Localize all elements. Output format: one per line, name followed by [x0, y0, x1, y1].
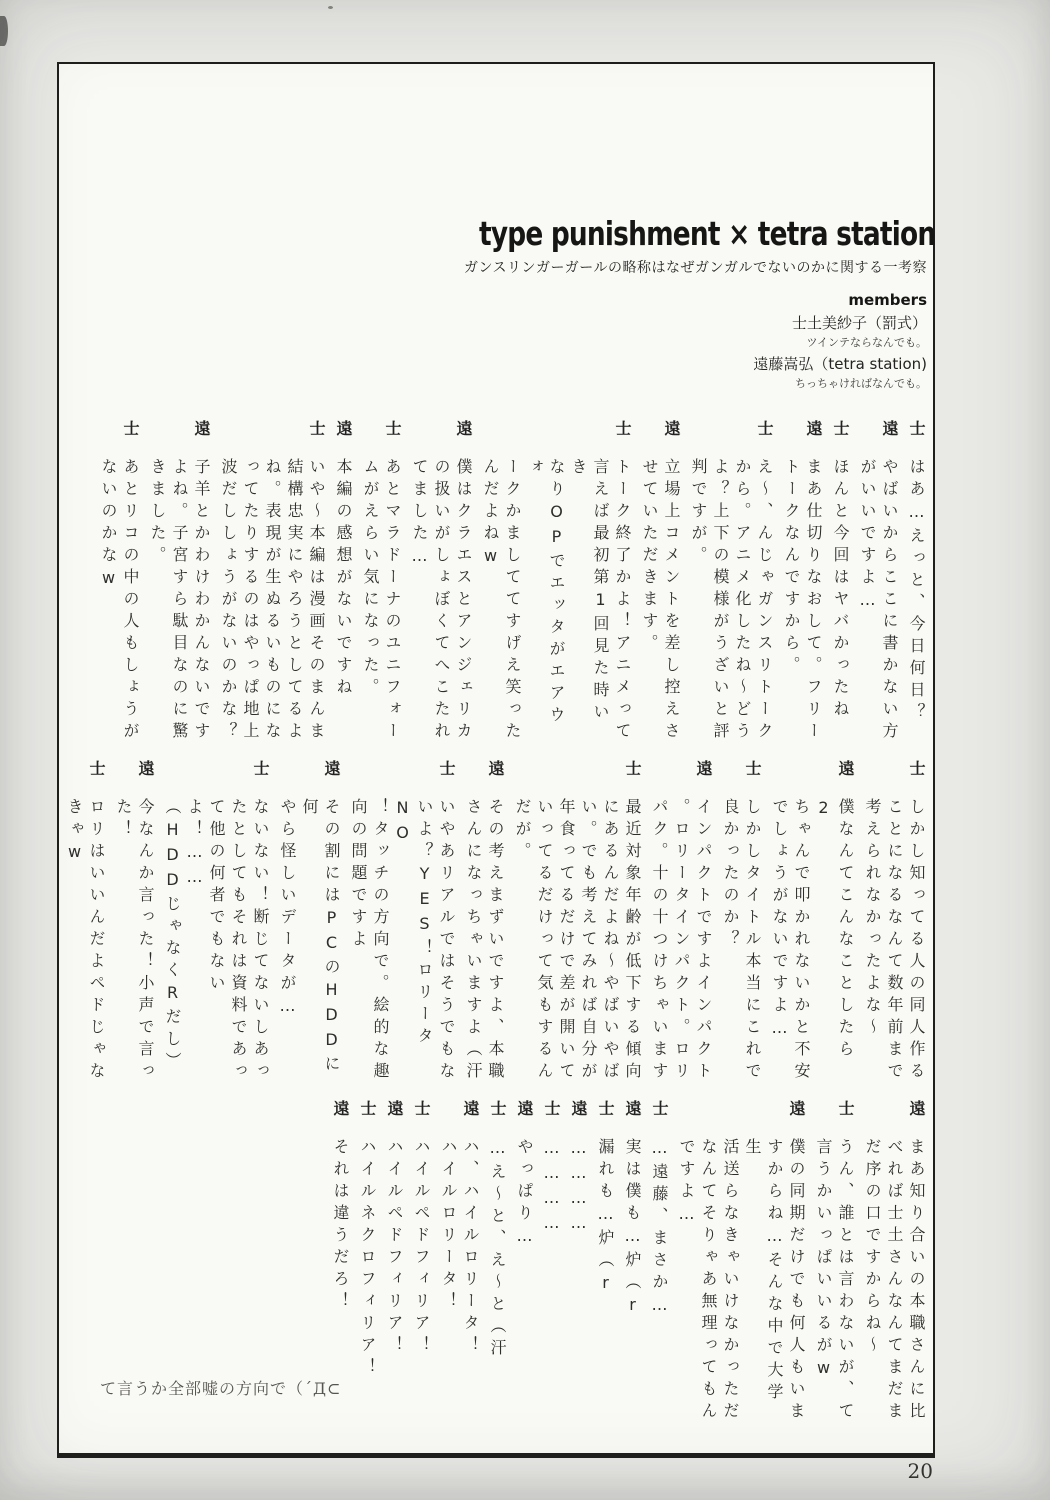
dialogue-text: 子羊とかわけわかんないです よね。子宮すら駄目なのに驚 きました。 — [146, 420, 212, 746]
dialogue-text: 本編の感想がないですね — [332, 420, 354, 746]
speaker-label: 遠 — [660, 420, 682, 436]
dialogue-turn: 遠本編の感想がないですね — [332, 420, 354, 746]
dialogue-turn: 遠実は僕も…炉（r — [621, 1100, 643, 1426]
speaker-label: 士 — [435, 760, 457, 776]
dialogue-turn: 遠やっぱり… — [513, 1100, 535, 1426]
dialogue-text: 今なんか言った！小声で言っ た！ — [112, 760, 156, 1086]
speaker-label: 遠 — [834, 760, 856, 776]
dialogue-turn: 遠ハイルペドフィリア！ — [383, 1100, 405, 1426]
dialogue-turn: 士トーク終了かよ！アニメって 言えば最初第1回見た時いき なりOPでエッタがエア… — [479, 420, 633, 746]
dialogue-turn: 士ハイルネクロフィリア！ — [356, 1100, 378, 1426]
dialogue-turn: 士え～、んじゃガンスリトーク から。アニメ化したね～どう よ？上下の模様がうざい… — [687, 420, 775, 746]
speaker-label: 士 — [621, 760, 643, 776]
dialogue-text: 最近対象年齢が低下する傾向 にあるんだよね～やばいやば い。でも考えてみれば自分… — [511, 760, 643, 1086]
speaker-label: 遠 — [320, 760, 342, 776]
speaker-label: 遠 — [332, 420, 354, 436]
dialogue-text: まあ知り合いの本職さんに比 べれば士土さんなんてまだま だ序の口ですからね～ — [861, 1100, 927, 1426]
speaker-label: 遠 — [383, 1100, 405, 1116]
dialogue-text: ロリはいいんだよペドじゃな きゃw — [63, 760, 107, 1086]
dialogue-turn: 士いや～本編は漫画そのまんま 結構忠実にやろうとしてるよ ね。表現が生ぬるいもの… — [217, 420, 327, 746]
dialogue-text: え～、んじゃガンスリトーク から。アニメ化したね～どう よ？上下の模様がうざいと… — [687, 420, 775, 746]
speaker-label: 遠 — [484, 760, 506, 776]
dialogue-turn: 士ロリはいいんだよペドじゃな きゃw — [63, 760, 107, 1086]
dialogue-text: インパクトですよインパクト 。ロリータインパクト。ロリ パク。十の十つけちゃいま… — [648, 760, 714, 1086]
dialogue-turn: 遠ハ、ハイルロリータ！ ハイルロリータ！ — [437, 1100, 481, 1426]
dialogue-text: 僕なんてこんなことしたら2 ちゃんで叩かれないかと不安 でしょうがないですよ… — [768, 760, 856, 1086]
dialogue-turn: 遠やばいからここに書かない方 がいいですよ… — [856, 420, 900, 746]
page-subtitle: ガンスリンガーガールの略称はなぜガンガルでないのかに関する一考察 — [367, 257, 927, 277]
dialogue-turn: 遠………… — [567, 1100, 589, 1426]
speaker-label: 遠 — [190, 420, 212, 436]
dialogue-turn: 士………… — [540, 1100, 562, 1426]
speaker-label: 遠 — [134, 760, 156, 776]
member-name-1: 士土美紗子（罰式） — [367, 312, 927, 333]
dialogue-text: やばいからここに書かない方 がいいですよ… — [856, 420, 900, 746]
dialogue-band-top: 士はあ…えっと、今日何日？遠やばいからここに書かない方 がいいですよ…士ほんと今… — [92, 420, 927, 746]
members-label: members — [367, 291, 927, 309]
masthead: type punishment × tetra station ガンスリンガーガ… — [367, 214, 927, 391]
dialogue-text: …遠藤、まさか… — [648, 1100, 670, 1426]
speaker-label: 士 — [753, 420, 775, 436]
page-title: type punishment × tetra station — [479, 214, 927, 253]
dialogue-band-middle: 士しかし知ってる人の同人作る ことになるなんて数年前まで 考えられなかったよな～… — [58, 760, 927, 1086]
speaker-label: 遠 — [802, 420, 824, 436]
dialogue-turn: 士ほんと今回はヤバかったね — [829, 420, 851, 746]
dialogue-turn: 士はあ…えっと、今日何日？ — [905, 420, 927, 746]
dialogue-band-bottom: 遠まあ知り合いの本職さんに比 べれば士土さんなんてまだま だ序の口ですからね～士… — [324, 1100, 927, 1426]
dialogue-text: ハイルペドフィリア！ — [383, 1100, 405, 1426]
dialogue-text: ハイルペドフィリア！ — [410, 1100, 432, 1426]
dialogue-turn: 遠僕はクラエスとアンジェリカ の扱いがしょぼくてへこたれ てました… — [408, 420, 474, 746]
dialogue-text: …え～と、え～と（汗 — [486, 1100, 508, 1426]
speaker-label: 士 — [905, 760, 927, 776]
speaker-label: 遠 — [329, 1100, 351, 1116]
dialogue-turn: 士しかし知ってる人の同人作る ことになるなんて数年前まで 考えられなかったよな～ — [861, 760, 927, 1086]
speaker-label: 士 — [356, 1100, 378, 1116]
speaker-label: 士 — [648, 1100, 670, 1116]
dialogue-turn: 遠今なんか言った！小声で言っ た！ — [112, 760, 156, 1086]
dialogue-text: やっぱり… — [513, 1100, 535, 1426]
speaker-label: 士 — [829, 420, 851, 436]
page-number: 20 — [908, 1459, 933, 1483]
speaker-label: 士 — [85, 760, 107, 776]
dialogue-text: その割にはPCのHDDに何 やら怪しいデータが… — [276, 760, 342, 1086]
dialogue-turn: 遠その考えまずいですよ、本職 さんになっちゃいますよ（汗 — [462, 760, 506, 1086]
speaker-label: 遠 — [905, 1100, 927, 1116]
dialogue-text: 僕はクラエスとアンジェリカ の扱いがしょぼくてへこたれ てました… — [408, 420, 474, 746]
dialogue-text: ハ、ハイルロリータ！ ハイルロリータ！ — [437, 1100, 481, 1426]
speaker-label: 士 — [119, 420, 141, 436]
dialogue-turn: 遠まあ知り合いの本職さんに比 べれば士土さんなんてまだま だ序の口ですからね～ — [861, 1100, 927, 1426]
dialogue-text: ないない！断じてないしあっ たとしてもそれは資料であっ て他の何者でもないよ！…… — [161, 760, 271, 1086]
speaker-label: 士 — [305, 420, 327, 436]
dialogue-text: 僕の同期だけでも何人もいま すからね…そんな中で大学生 活送らなきゃいけなかった… — [675, 1100, 807, 1426]
dialogue-turn: 遠僕なんてこんなことしたら2 ちゃんで叩かれないかと不安 でしょうがないですよ… — [768, 760, 856, 1086]
dialogue-turn: 士あとマラドーナのユニフォー ムがえらい気になった。 — [359, 420, 403, 746]
speaker-label: 士 — [486, 1100, 508, 1116]
dialogue-turn: 遠まあ仕切りなおして。フリー トークなんですから。 — [780, 420, 824, 746]
speaker-label: 遠 — [621, 1100, 643, 1116]
speaker-label: 士 — [249, 760, 271, 776]
dialogue-turn: 士最近対象年齢が低下する傾向 にあるんだよね～やばいやば い。でも考えてみれば自… — [511, 760, 643, 1086]
member-name-2: 遠藤嵩弘（tetra station) — [367, 353, 927, 374]
dialogue-text: あとマラドーナのユニフォー ムがえらい気になった。 — [359, 420, 403, 746]
member-note-2: ちっちゃければなんでも。 — [367, 375, 927, 391]
speaker-label: 士 — [611, 420, 633, 436]
dialogue-turn: 士…遠藤、まさか… — [648, 1100, 670, 1426]
dialogue-turn: 士ないない！断じてないしあっ たとしてもそれは資料であっ て他の何者でもないよ！… — [161, 760, 271, 1086]
dialogue-turn: 遠子羊とかわけわかんないです よね。子宮すら駄目なのに驚 きました。 — [146, 420, 212, 746]
dialogue-text: しかし知ってる人の同人作る ことになるなんて数年前まで 考えられなかったよな～ — [861, 760, 927, 1086]
dialogue-text: ………… — [540, 1100, 562, 1426]
dialogue-text: その考えまずいですよ、本職 さんになっちゃいますよ（汗 — [462, 760, 506, 1086]
speaker-label: 士 — [381, 420, 403, 436]
dialogue-text: 実は僕も…炉（r — [621, 1100, 643, 1426]
speaker-label: 士 — [905, 420, 927, 436]
speaker-label: 遠 — [452, 420, 474, 436]
speaker-label: 士 — [741, 760, 763, 776]
speaker-label: 遠 — [692, 760, 714, 776]
dialogue-turn: 士いやあリアルではそうでもな いよ？YES！ロリータNO ！タッチの方向で。絵的… — [347, 760, 457, 1086]
speaker-label: 遠 — [878, 420, 900, 436]
dialogue-text: しかしタイトル本当にこれで 良かったのか？ — [719, 760, 763, 1086]
speaker-label: 士 — [594, 1100, 616, 1116]
speaker-label: 遠 — [567, 1100, 589, 1116]
dialogue-text: うん、誰とは言わないが、て 言うかいっぱいいるがw — [812, 1100, 856, 1426]
speaker-label: 士 — [834, 1100, 856, 1116]
speaker-label: 士 — [540, 1100, 562, 1116]
member-note-1: ツインテならなんでも。 — [367, 334, 927, 350]
speaker-label: 士 — [410, 1100, 432, 1116]
speaker-label: 遠 — [785, 1100, 807, 1116]
dialogue-text: あとリコの中の人もしょうが ないのかなw — [97, 420, 141, 746]
dialogue-turn: 遠僕の同期だけでも何人もいま すからね…そんな中で大学生 活送らなきゃいけなかっ… — [675, 1100, 807, 1426]
scan-artifact-corner — [0, 16, 8, 46]
dialogue-turn: 士しかしタイトル本当にこれで 良かったのか？ — [719, 760, 763, 1086]
dialogue-turn: 士あとリコの中の人もしょうが ないのかなw — [97, 420, 141, 746]
speaker-label: 遠 — [459, 1100, 481, 1116]
dialogue-turn: 士漏れも…炉（r — [594, 1100, 616, 1426]
dialogue-text: ほんと今回はヤバかったね — [829, 420, 851, 746]
dialogue-text: はあ…えっと、今日何日？ — [905, 420, 927, 746]
dialogue-turn: 遠インパクトですよインパクト 。ロリータインパクト。ロリ パク。十の十つけちゃい… — [648, 760, 714, 1086]
dialogue-turn: 士ハイルペドフィリア！ — [410, 1100, 432, 1426]
dialogue-turn: 遠立場上コメントを差し控えさ せていただきます。 — [638, 420, 682, 746]
footer-note: て言うか全部嘘の方向で（´Д⊂ — [100, 1376, 341, 1399]
scanned-doujin-page: type punishment × tetra station ガンスリンガーガ… — [0, 0, 1050, 1500]
dialogue-text: まあ仕切りなおして。フリー トークなんですから。 — [780, 420, 824, 746]
dialogue-text: いやあリアルではそうでもな いよ？YES！ロリータNO ！タッチの方向で。絵的な… — [347, 760, 457, 1086]
dialogue-text: いや～本編は漫画そのまんま 結構忠実にやろうとしてるよ ね。表現が生ぬるいものに… — [217, 420, 327, 746]
dialogue-turn: 士うん、誰とは言わないが、て 言うかいっぱいいるがw — [812, 1100, 856, 1426]
dialogue-turn: 遠その割にはPCのHDDに何 やら怪しいデータが… — [276, 760, 342, 1086]
dialogue-text: 立場上コメントを差し控えさ せていただきます。 — [638, 420, 682, 746]
scan-artifact-speck — [328, 6, 333, 9]
dialogue-text: ………… — [567, 1100, 589, 1426]
speaker-label: 遠 — [513, 1100, 535, 1116]
page-frame: type punishment × tetra station ガンスリンガーガ… — [57, 62, 935, 1458]
dialogue-text: ハイルネクロフィリア！ — [356, 1100, 378, 1426]
dialogue-turn: 士…え～と、え～と（汗 — [486, 1100, 508, 1426]
dialogue-text: トーク終了かよ！アニメって 言えば最初第1回見た時いき なりOPでエッタがエアウ… — [479, 420, 633, 746]
dialogue-text: 漏れも…炉（r — [594, 1100, 616, 1426]
